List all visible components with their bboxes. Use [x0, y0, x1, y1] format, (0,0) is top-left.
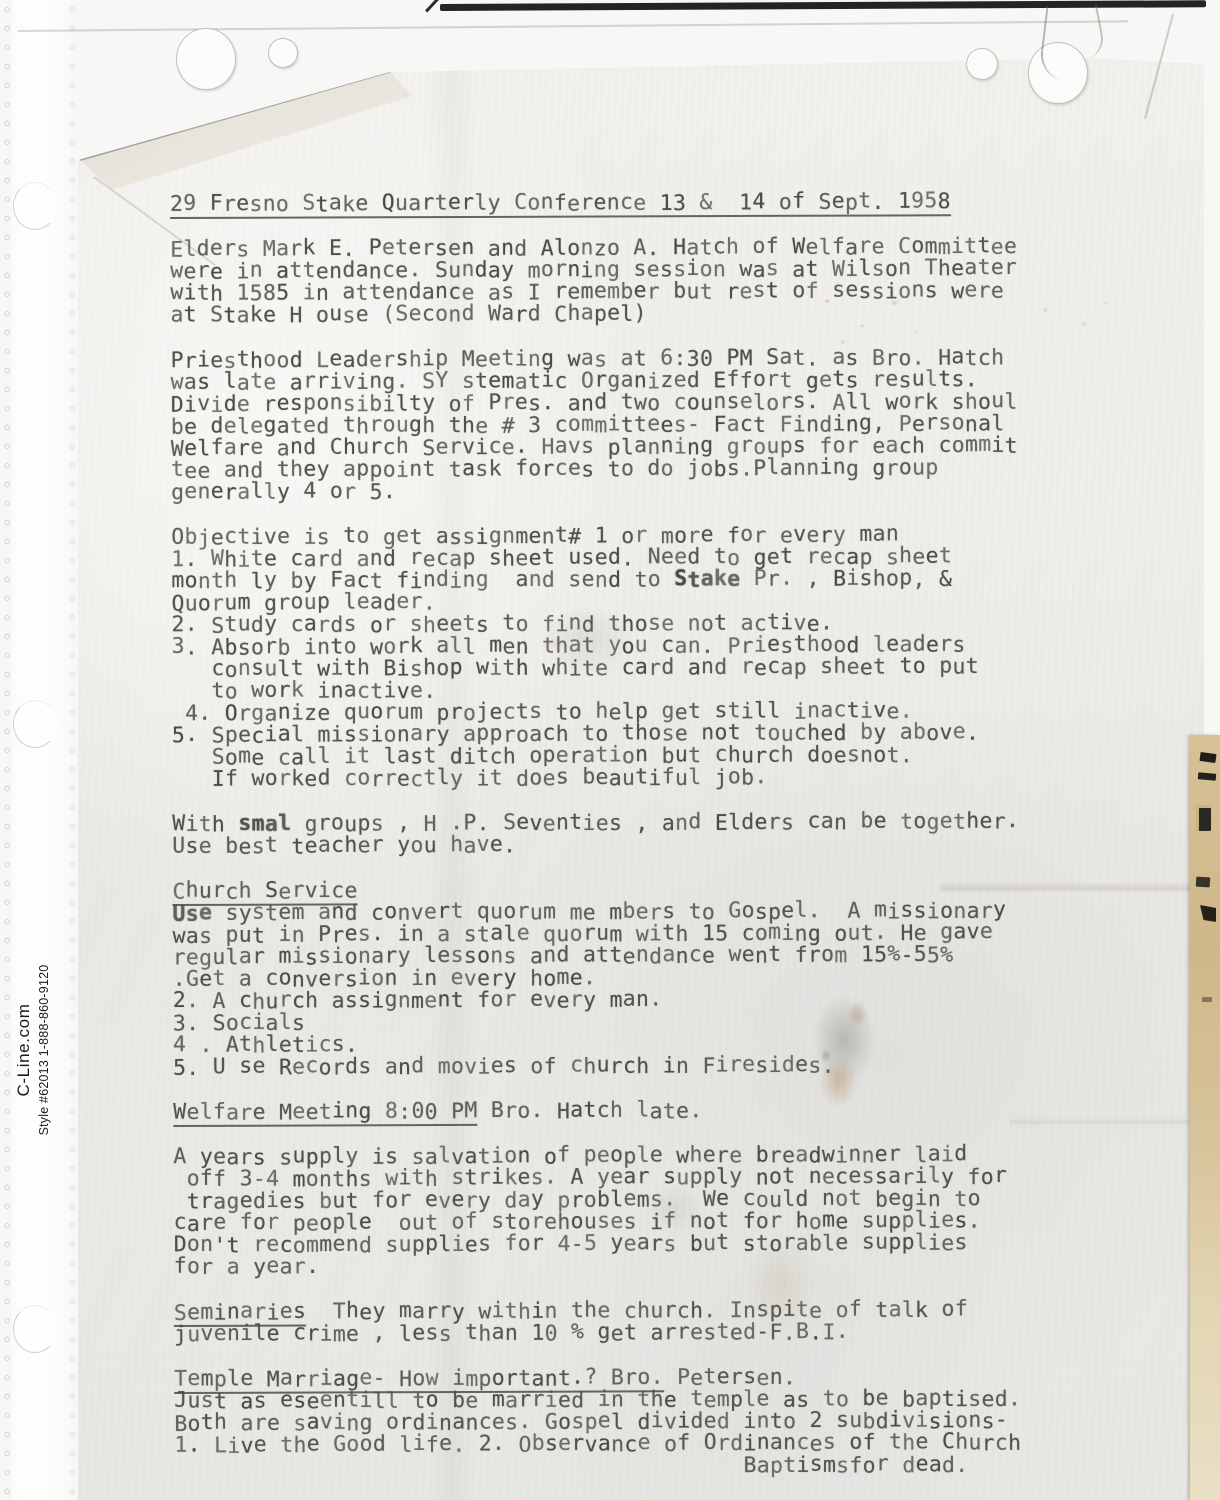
typewritten-text: 29 Fresno Stake Quarterly Conference 13 …	[170, 191, 1139, 1479]
clipping-print-mark	[1196, 805, 1211, 831]
paragraph: A years supply is salvation of people wh…	[173, 1144, 1138, 1279]
text-line: 5. U se Records and movies of church in …	[173, 1054, 1138, 1079]
paragraph: Church ServiceUse system and convert quo…	[172, 878, 1138, 1079]
text-line: at Stake H ouse (Second Ward Chapel)	[170, 302, 1135, 327]
edge-label: C-Line.com Style #62013 1-888-860-9120	[14, 928, 70, 1172]
perforation-column-outer	[1, 0, 13, 1500]
punch-hole	[176, 28, 236, 90]
paragraph: Objective is to get assignment# 1 or mor…	[171, 524, 1137, 791]
text-line: Baptismsfor dead.	[174, 1454, 1139, 1479]
text-line: If worked correctly it does beautiful jo…	[172, 766, 1137, 791]
paragraph: Seminaries They marry within the church.…	[174, 1299, 1139, 1346]
cline-style-text: Style #62013 1-888-860-9120	[37, 928, 52, 1172]
perforation-column-inner	[66, 0, 78, 1500]
text-line: generally 4 or 5.	[171, 479, 1136, 504]
paragraph: Welfare Meeting 8:00 PM Bro. Hatch late.	[173, 1099, 1138, 1124]
clipping-print-mark	[1200, 905, 1216, 922]
paragraph: Elders Mark E. Petersen and Alonzo A. Ha…	[170, 236, 1135, 327]
clipping-print-mark	[1196, 877, 1211, 888]
text-line: Use best teacher you have.	[172, 833, 1137, 858]
text-line: for a year.	[174, 1254, 1139, 1279]
binder-hole	[13, 182, 57, 230]
text-line: Welfare Meeting 8:00 PM Bro. Hatch late.	[173, 1099, 1138, 1124]
paragraph: Priesthood Leadership Meeting was at 6:3…	[171, 347, 1137, 504]
binder-hole	[13, 700, 57, 748]
protector-top-edge	[18, 20, 1128, 31]
scan-background: C-Line.com Style #62013 1-888-860-9120 2…	[0, 0, 1220, 1500]
text-line: with 1585 in attendance as I remember bu…	[170, 280, 1135, 305]
text-line: juvenile crime , less than 10 % get arre…	[174, 1321, 1139, 1346]
paragraph: With smal groups , H .P. Seventies , and…	[172, 811, 1137, 858]
paragraph: Temple Marriage- How important.? Bro. Pe…	[174, 1366, 1139, 1479]
punch-hole	[966, 48, 998, 80]
clipping-print-mark	[1198, 772, 1217, 781]
text-line: 29 Fresno Stake Quarterly Conference 13 …	[170, 191, 1135, 216]
cline-brand-text: C-Line.com	[14, 928, 34, 1172]
paragraph: 29 Fresno Stake Quarterly Conference 13 …	[170, 191, 1135, 216]
clipping-print-mark	[1202, 997, 1212, 1002]
clipping-print-mark	[1199, 752, 1216, 763]
newspaper-clipping-edge	[1190, 735, 1220, 1500]
punch-hole	[268, 38, 298, 68]
binder-hole	[13, 1305, 57, 1353]
